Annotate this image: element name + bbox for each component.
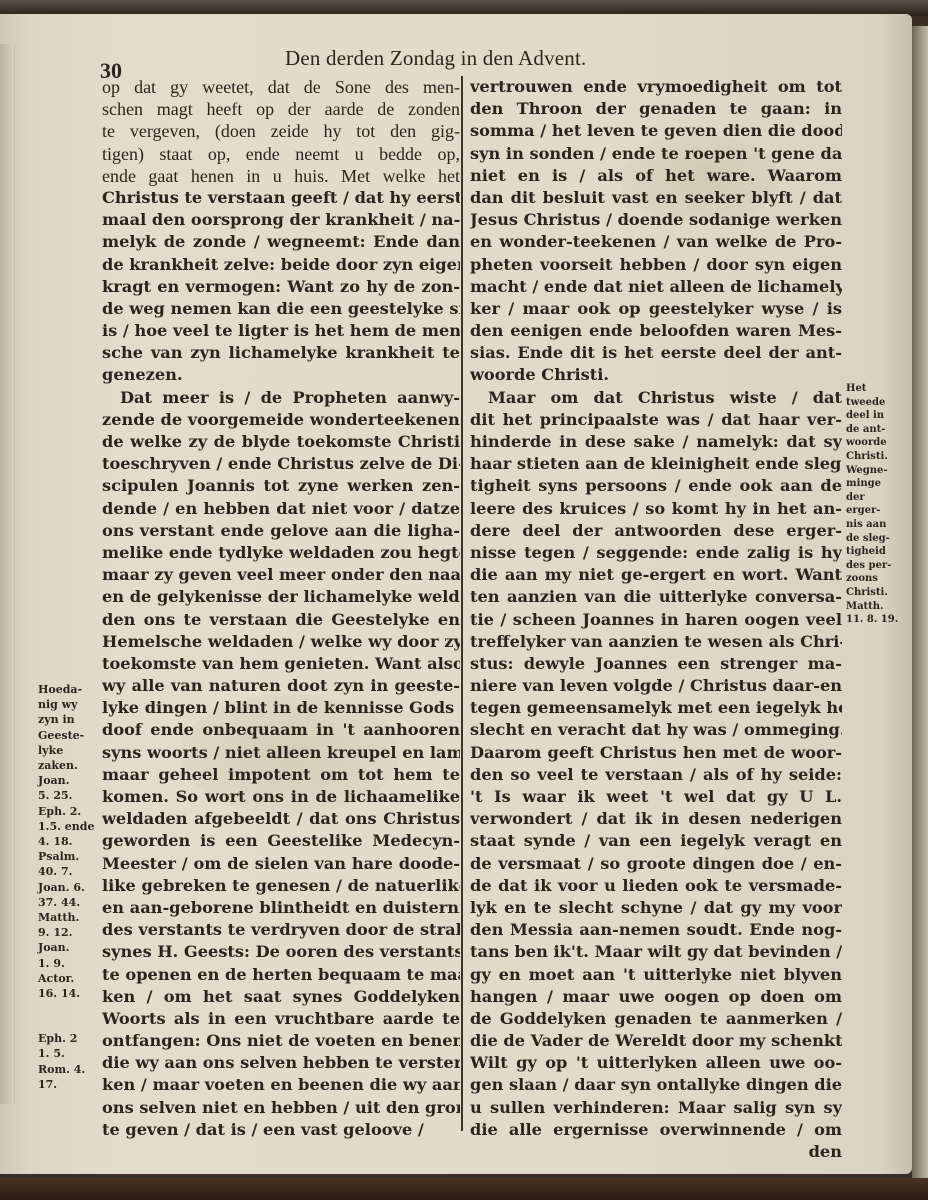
margin-note: zoons — [846, 572, 896, 586]
left-margin-notes: Hoeda-nig wyzyn inGeeste-lykezaken.Joan.… — [38, 682, 100, 1092]
text-line: de Goddelyken genaden te aanmerken / — [470, 1008, 842, 1030]
text-line: staat synde / van een iegelyk veragt en — [470, 830, 842, 852]
margin-note: 37. 44. — [38, 895, 100, 910]
margin-note: Het — [846, 382, 896, 396]
text-line: den Messia aan-nemen soudt. Ende nog- — [470, 919, 842, 941]
text-line: slecht en veracht dat hy was / ommeging. — [470, 719, 842, 741]
margin-note: Joan. — [38, 940, 100, 955]
text-line: toeschryven / ende Christus zelve de Di- — [102, 453, 460, 475]
text-line: syn in sonden / ende te roepen 't gene d… — [470, 143, 842, 165]
text-line: synes H. Geests: De ooren des verstants — [102, 941, 460, 963]
margin-note: tweede — [846, 396, 896, 410]
text-line: tegen gemeensamelyk met een iegelyk hoe — [470, 697, 842, 719]
text-line: macht / ende dat niet alleen de lichamel… — [470, 276, 842, 298]
text-line: Meester / om de sielen van hare doode- — [102, 853, 460, 875]
text-line: komen. So wort ons in de lichaamelike — [102, 786, 460, 808]
text-line: ten aanzien van die uitterlyke conversa- — [470, 586, 842, 608]
text-line: lyk en te slecht schyne / dat gy my voor — [470, 897, 842, 919]
text-line: treffelyker van aanzien te wesen als Chr… — [470, 631, 842, 653]
text-line: haar stieten aan de kleinigheit ende sle… — [470, 453, 842, 475]
text-line: den Throon der genaden te gaan: in — [470, 98, 842, 120]
margin-note: Eph. 2. — [38, 804, 100, 819]
margin-note: de ant- — [846, 423, 896, 437]
text-line: den ons te verstaan die Geestelyke en — [102, 609, 460, 631]
margin-note: 11. 8. 19. — [846, 613, 896, 627]
right-text-column: vertrouwen ende vrymoedigheit om totden … — [470, 76, 842, 1163]
text-line: die alle ergernisse overwinnende / om — [470, 1119, 842, 1141]
text-line: wy alle van naturen doot zyn in geeste- — [102, 675, 460, 697]
margin-note: der — [846, 491, 896, 505]
margin-note: 5. 25. — [38, 788, 100, 803]
text-line: ons verstant ende gelove aan die ligha- — [102, 520, 460, 542]
text-line: de weg nemen kan die een geestelyke siek… — [102, 298, 460, 320]
text-line: leere des kruices / so komt hy in het an… — [470, 498, 842, 520]
text-line: de krankheit zelve: beide door zyn eigen — [102, 254, 460, 276]
text-line: doof ende onbequaam in 't aanhooren — [102, 719, 460, 741]
text-line: is / hoe veel te ligter is het hem de me… — [102, 320, 460, 342]
text-line: te vergeven, (doen zeide hy tot den gig- — [102, 120, 460, 142]
margin-note: Actor. — [38, 971, 100, 986]
text-line: ende gaat henen in u huis. Met welke het — [102, 165, 460, 187]
text-line: 't Is waar ik weet 't wel dat gy U L. — [470, 786, 842, 808]
text-line: vertrouwen ende vrymoedigheit om tot — [470, 76, 842, 98]
text-line: pheten voorseit hebben / door syn eigen — [470, 254, 842, 276]
text-line: ontfangen: Ons niet de voeten en benen — [102, 1030, 460, 1052]
text-line: en de gelykenisse der lichamelyke welda- — [102, 586, 460, 608]
text-line: dan dit besluit vast en seeker blyft / d… — [470, 187, 842, 209]
text-line: hangen / maar uwe oogen op doen om — [470, 986, 842, 1008]
text-line: weldaden afgebeeldt / dat ons Christus — [102, 808, 460, 830]
text-line: stus: dewyle Joannes een strenger ma- — [470, 653, 842, 675]
margin-note: Matth. — [38, 910, 100, 925]
margin-note: minge — [846, 477, 896, 491]
margin-note: nig wy — [38, 697, 100, 712]
text-line: kragt en vermogen: Want zo hy de zon- — [102, 276, 460, 298]
margin-note: Joan. 6. — [38, 880, 100, 895]
text-line: tigheit syns persoons / ende ook aan de — [470, 475, 842, 497]
book-cover-bottom-edge — [0, 1178, 928, 1200]
text-line: de dat ik voor u lieden ook te versmade- — [470, 875, 842, 897]
text-line: scipulen Joannis tot zyne werken zen- — [102, 475, 460, 497]
text-line: melike ende tydlyke weldaden zou hegten: — [102, 542, 460, 564]
margin-note: 1. 9. — [38, 956, 100, 971]
text-line: verwondert / dat ik in desen nederigen — [470, 808, 842, 830]
margin-note — [38, 1001, 100, 1031]
margin-note: nis aan — [846, 518, 896, 532]
text-line: melyk de zonde / wegneemt: Ende dan — [102, 231, 460, 253]
text-line: geworden is een Geestelike Medecyn- — [102, 830, 460, 852]
text-line: sias. Ende dit is het eerste deel der an… — [470, 342, 842, 364]
text-line: op dat gy weetet, dat de Sone des men- — [102, 76, 460, 98]
margin-note: Geeste- — [38, 728, 100, 743]
left-text-column: op dat gy weetet, dat de Sone des men-sc… — [102, 76, 460, 1141]
margin-note: woorde — [846, 436, 896, 450]
book-page: 30 Den derden Zondag in den Advent. op d… — [0, 14, 912, 1174]
margin-note: Matth. — [846, 600, 896, 614]
text-line: den — [470, 1141, 842, 1163]
text-line: de welke zy de blyde toekomste Christi — [102, 431, 460, 453]
text-line: en wonder-teekenen / van welke de Pro- — [470, 231, 842, 253]
text-line: maal den oorsprong der krankheit / na- — [102, 209, 460, 231]
text-line: de versmaat / so groote dingen doe / en- — [470, 853, 842, 875]
text-line: tans ben ik't. Maar wilt gy dat bevinden… — [470, 941, 842, 963]
margin-note: 16. 14. — [38, 986, 100, 1001]
text-line: te openen en de herten bequaam te maa- — [102, 964, 460, 986]
text-line: Dat meer is / de Propheten aanwy- — [102, 387, 460, 409]
margin-note: 1. 5. — [38, 1046, 100, 1061]
text-line: lyke dingen / blint in de kennisse Gods … — [102, 697, 460, 719]
text-line: u sullen verhinderen: Maar salig syn sy — [470, 1097, 842, 1119]
margin-note: Psalm. — [38, 849, 100, 864]
book-spine-right-edge — [912, 26, 928, 1181]
text-line: te geven / dat is / een vast geloove / — [102, 1119, 460, 1141]
text-line: genezen. — [102, 364, 460, 386]
margin-note: deel in — [846, 409, 896, 423]
text-line: ker / maar ook op geestelyker wyse / is — [470, 298, 842, 320]
margin-note: 1.5. ende — [38, 819, 100, 834]
text-line: maar geheel impotent om tot hem te — [102, 764, 460, 786]
text-line: Jesus Christus / doende sodanige werken — [470, 209, 842, 231]
text-line: zende de voorgemeide wonderteekenen / — [102, 409, 460, 431]
margin-note: Eph. 2 — [38, 1031, 100, 1046]
text-line: den so veel te verstaan / als of hy seid… — [470, 764, 842, 786]
text-line: maar zy geven veel meer onder den naam — [102, 564, 460, 586]
margin-note: 4. 18. — [38, 834, 100, 849]
text-line: hinderde in dese sake / namelyk: dat sy — [470, 431, 842, 453]
margin-note: erger- — [846, 504, 896, 518]
text-line: sche van zyn lichamelyke krankheit te — [102, 342, 460, 364]
text-line: niet en is / als of het ware. Waarom — [470, 165, 842, 187]
page-stack-left-edge — [0, 44, 15, 1104]
text-line: ken / om het saat synes Goddelyken — [102, 986, 460, 1008]
text-line: Daarom geeft Christus hen met de woor- — [470, 742, 842, 764]
text-line: en aan-geborene blintheidt en duisternis… — [102, 897, 460, 919]
margin-note: 17. — [38, 1077, 100, 1092]
text-line: ons selven niet en hebben / uit den gron… — [102, 1097, 460, 1119]
right-margin-notes: Hettweededeel inde ant-woordeChristi.Weg… — [846, 382, 896, 627]
text-line: tigen) staat op, ende neemt u bedde op, — [102, 143, 460, 165]
text-line: schen magt heeft op der aarde de zonden — [102, 98, 460, 120]
text-line: den eenigen ende beloofden waren Mes- — [470, 320, 842, 342]
text-line: somma / het leven te geven dien die dood… — [470, 120, 842, 142]
text-line: dit het principaalste was / dat haar ver… — [470, 409, 842, 431]
text-line: nisse tegen / seggende: ende zalig is hy — [470, 542, 842, 564]
margin-note: des per- — [846, 559, 896, 573]
margin-note: Joan. — [38, 773, 100, 788]
margin-note: Christi. — [846, 450, 896, 464]
text-line: ken / maar voeten en beenen die wy aan — [102, 1074, 460, 1096]
text-line: die de Vader de Wereldt door my schenkt. — [470, 1030, 842, 1052]
text-line: Maar om dat Christus wiste / dat — [470, 387, 842, 409]
margin-note: lyke — [38, 743, 100, 758]
margin-note: Hoeda- — [38, 682, 100, 697]
text-line: toekomste van hem genieten. Want also — [102, 653, 460, 675]
text-line: woorde Christi. — [470, 364, 842, 386]
text-line: Hemelsche weldaden / welke wy door zyne — [102, 631, 460, 653]
text-line: Christus te verstaan geeft / dat hy eers… — [102, 187, 460, 209]
text-line: die wy aan ons selven hebben te verster- — [102, 1052, 460, 1074]
text-line: niere van leven volgde / Christus daar-e… — [470, 675, 842, 697]
margin-note: zyn in — [38, 712, 100, 727]
margin-note: Wegne- — [846, 464, 896, 478]
text-line: des verstants te verdryven door de stral… — [102, 919, 460, 941]
text-line: syns woorts / niet alleen kreupel en lam… — [102, 742, 460, 764]
margin-note: 9. 12. — [38, 925, 100, 940]
text-line: die aan my niet ge-ergert en wort. Want — [470, 564, 842, 586]
running-head: Den derden Zondag in den Advent. — [285, 46, 587, 71]
text-line: dende / en hebben dat niet voor / datze — [102, 498, 460, 520]
text-line: gy en moet aan 't uitterlyke niet blyven — [470, 964, 842, 986]
text-line: dere deel der antwoorden dese erger- — [470, 520, 842, 542]
margin-note: Christi. — [846, 586, 896, 600]
margin-note: zaken. — [38, 758, 100, 773]
text-line: gen slaan / daar syn ontallyke dingen di… — [470, 1074, 842, 1096]
text-line: like gebreken te genesen / de natuerlike — [102, 875, 460, 897]
text-line: tie / scheen Joannes in haren oogen veel — [470, 609, 842, 631]
column-divider — [461, 76, 463, 1131]
margin-note: de sleg- — [846, 532, 896, 546]
text-line: Woorts als in een vruchtbare aarde te — [102, 1008, 460, 1030]
margin-note: Rom. 4. — [38, 1062, 100, 1077]
margin-note: 40. 7. — [38, 864, 100, 879]
margin-note: tigheid — [846, 545, 896, 559]
text-line: Wilt gy op 't uitterlyken alleen uwe oo- — [470, 1052, 842, 1074]
